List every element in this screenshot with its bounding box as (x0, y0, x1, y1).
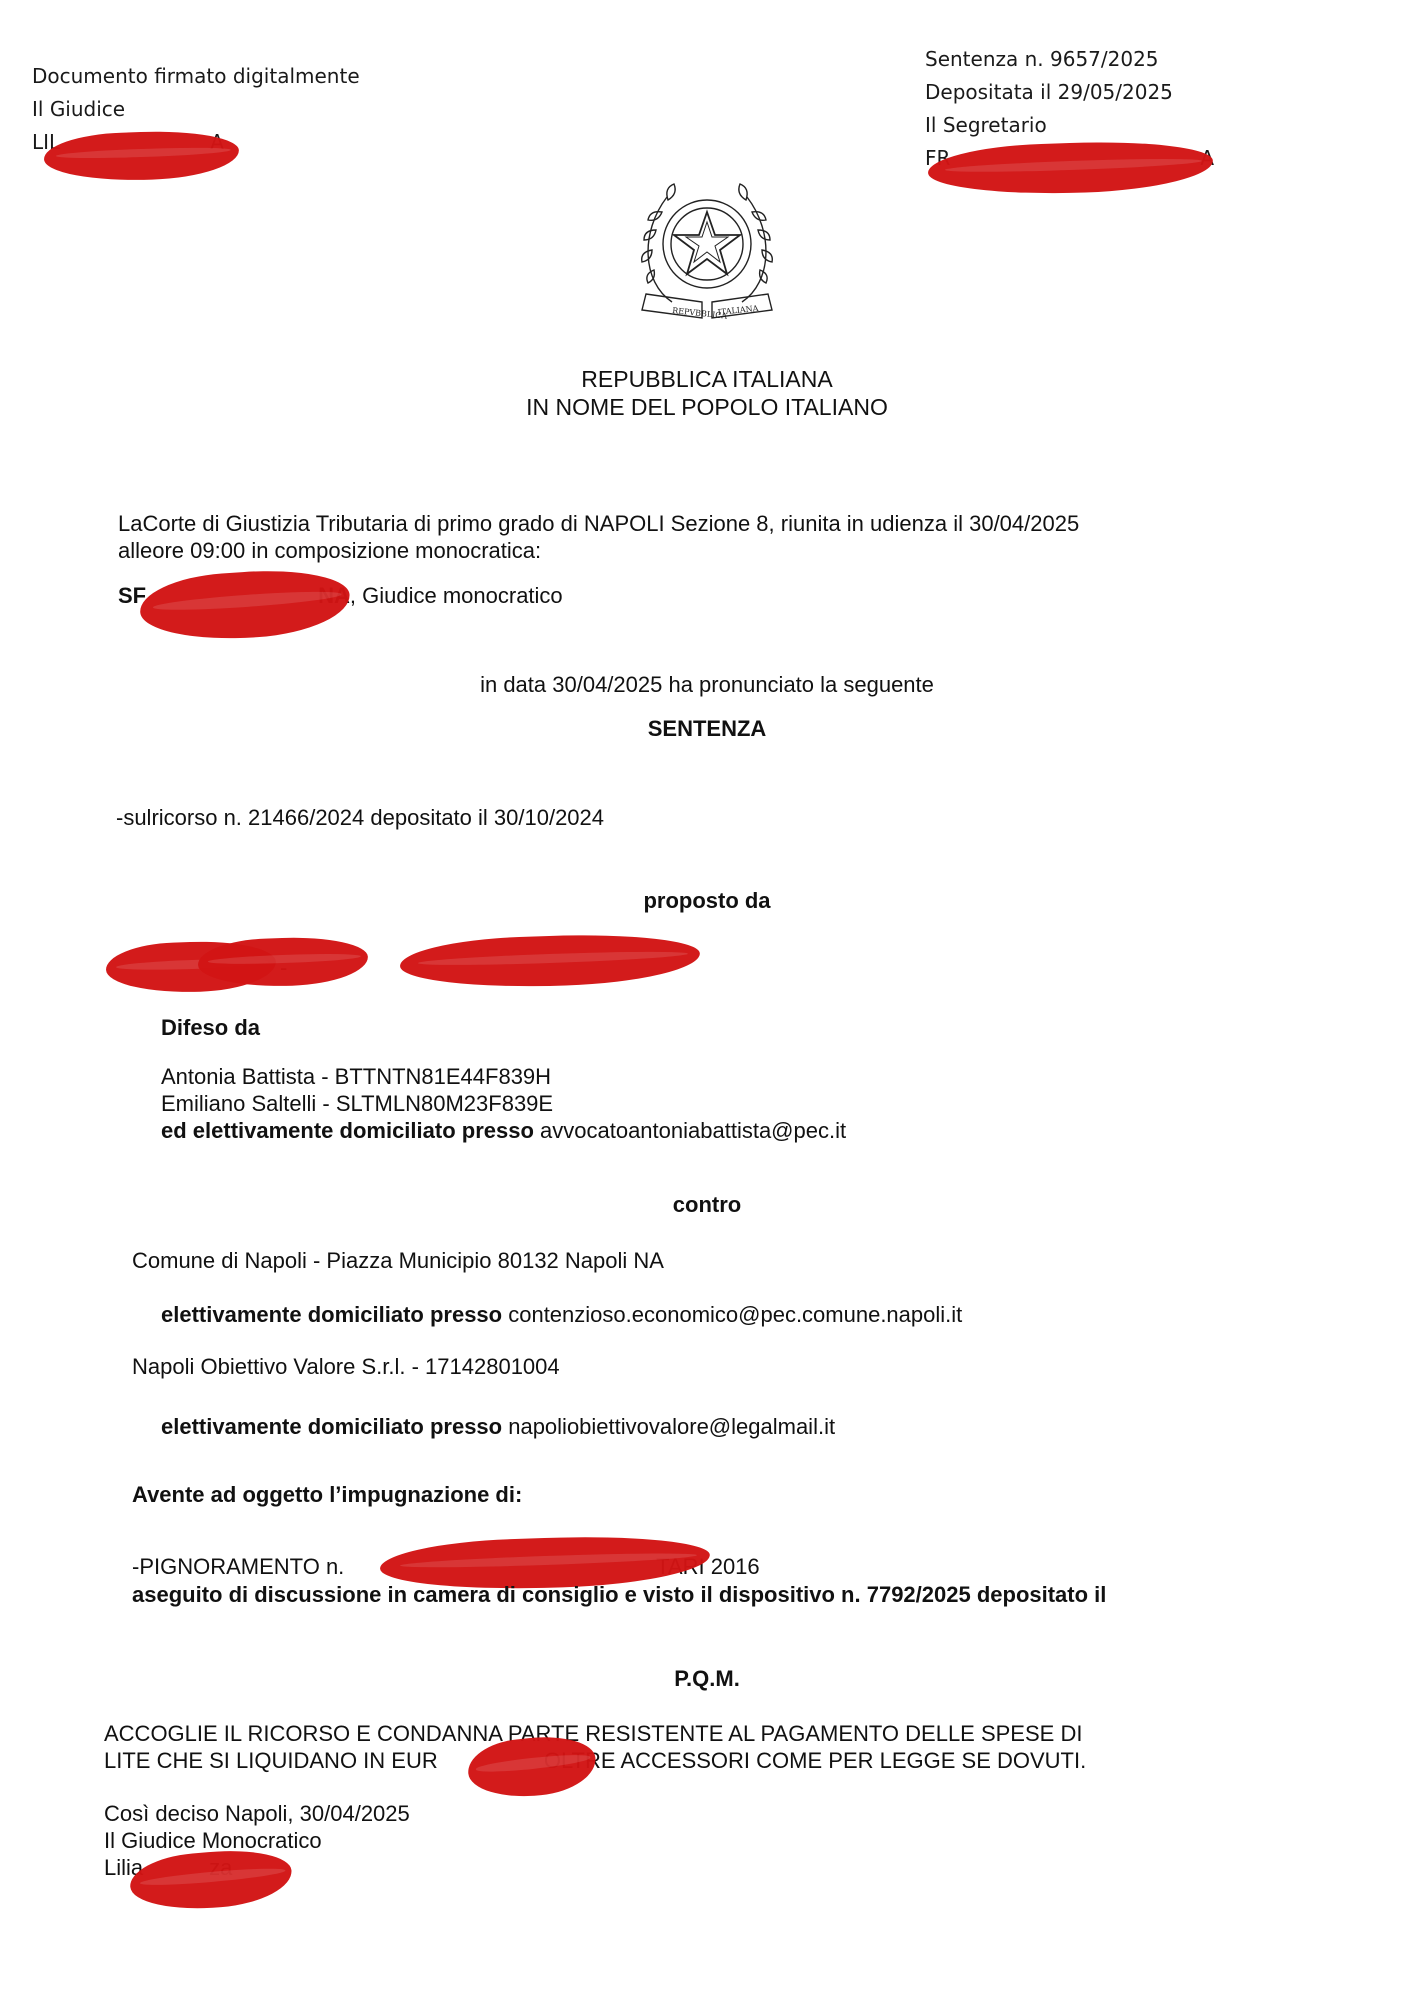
pqm-decision: ACCOGLIE IL RICORSO E CONDANNA PARTE RES… (104, 1720, 1086, 1774)
signed-digitally-text: Documento firmato digitalmente (32, 60, 360, 93)
secretary-label: Il Segretario (925, 109, 1214, 142)
respondent-1-name: Comune di Napoli - Piazza Municipio 8013… (132, 1248, 664, 1274)
subject-following: aseguito di discussione in camera di con… (132, 1582, 1106, 1608)
court-composition: LaCorte di Giustizia Tributaria di primo… (118, 510, 1079, 564)
subject-heading: Avente ad oggetto l’impugnazione di: (132, 1482, 522, 1508)
court-line-2: alleore 09:00 in composizione monocratic… (118, 537, 1079, 564)
title-republic: REPUBBLICA ITALIANA (0, 365, 1414, 393)
appeal-reference: -sulricorso n. 21466/2024 depositato il … (116, 805, 604, 831)
pqm-heading: P.Q.M. (0, 1666, 1414, 1692)
defense-lawyers: Antonia Battista - BTTNTN81E44F839H Emil… (161, 1063, 846, 1144)
court-line-1: LaCorte di Giustizia Tributaria di primo… (118, 510, 1079, 537)
defended-by-heading: Difeso da (161, 1015, 260, 1041)
proposed-by-heading: proposto da (0, 888, 1414, 914)
redaction-mark (138, 565, 352, 645)
closing-place-date: Così deciso Napoli, 30/04/2025 (104, 1800, 410, 1827)
document-title: REPUBBLICA ITALIANA IN NOME DEL POPOLO I… (0, 365, 1414, 421)
title-people: IN NOME DEL POPOLO ITALIANO (0, 393, 1414, 421)
pronounce-line: in data 30/04/2025 ha pronunciato la seg… (0, 672, 1414, 698)
repubblica-italiana-emblem-icon: REPVBBLICA ITALIANA (632, 172, 782, 324)
respondent-2-name: Napoli Obiettivo Valore S.r.l. - 1714280… (132, 1354, 560, 1380)
defense-pec: avvocatoantoniabattista@pec.it (534, 1118, 846, 1143)
sentence-number: Sentenza n. 9657/2025 (925, 43, 1214, 76)
respondent-2-domicile: elettivamente domiciliato presso napolio… (161, 1414, 835, 1440)
pqm-line-1: ACCOGLIE IL RICORSO E CONDANNA PARTE RES… (104, 1720, 1086, 1747)
redaction-mark (399, 931, 701, 991)
deposit-date: Depositata il 29/05/2025 (925, 76, 1214, 109)
against-heading: contro (0, 1192, 1414, 1218)
sentence-heading: SENTENZA (0, 716, 1414, 742)
respondent-1-domicile: elettivamente domiciliato presso contenz… (161, 1302, 962, 1328)
judge-role: , Giudice monocratico (350, 583, 563, 608)
lawyer-2: Emiliano Saltelli - SLTMLN80M23F839E (161, 1090, 846, 1117)
lawyer-1: Antonia Battista - BTTNTN81E44F839H (161, 1063, 846, 1090)
closing-role: Il Giudice Monocratico (104, 1827, 410, 1854)
defense-domicile: ed elettivamente domiciliato presso avvo… (161, 1117, 846, 1144)
judge-label: Il Giudice (32, 93, 360, 126)
